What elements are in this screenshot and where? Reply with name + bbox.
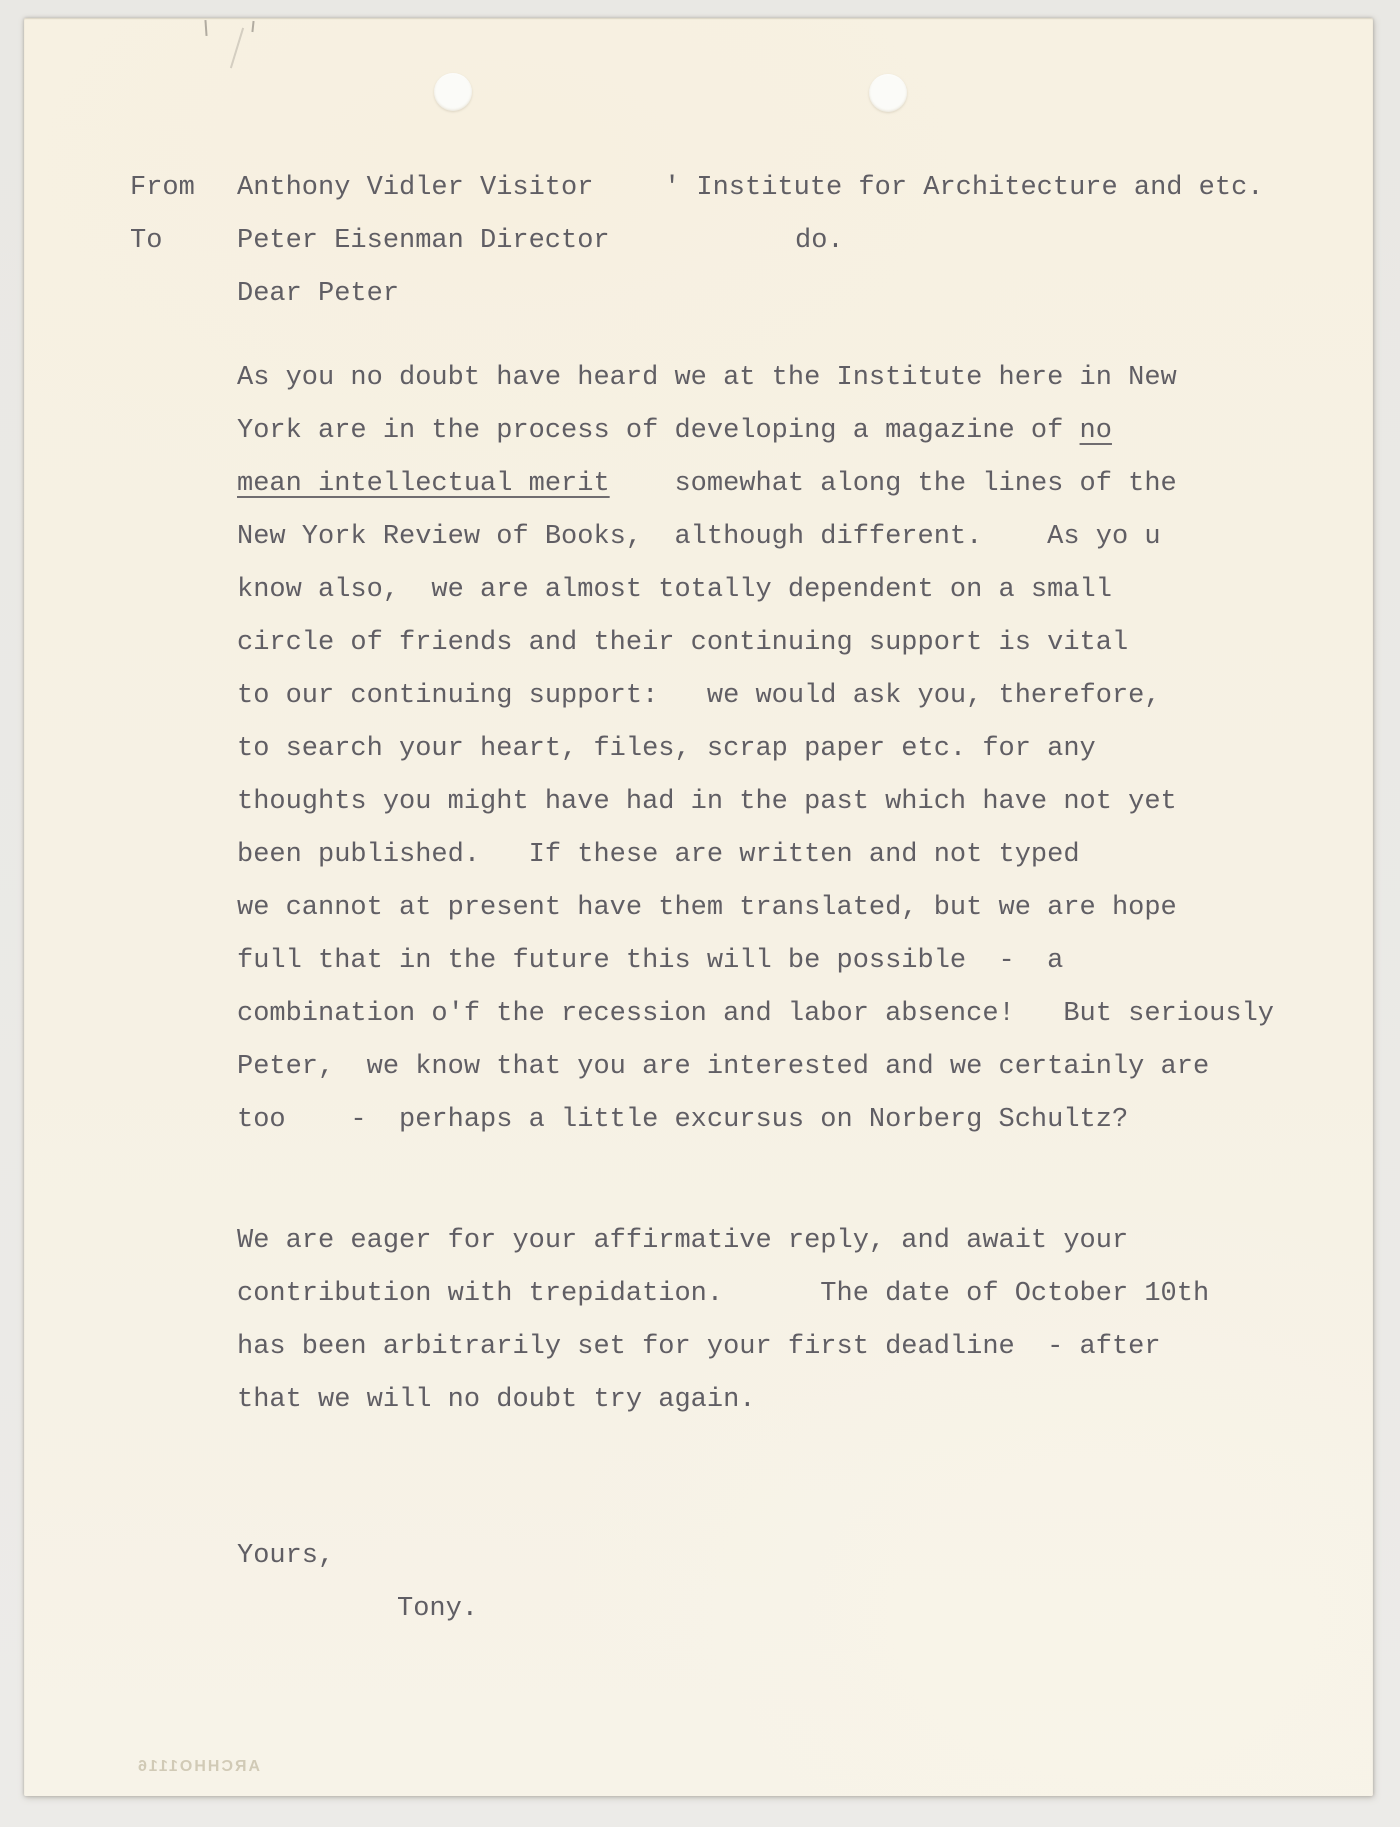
from-label: From bbox=[130, 162, 195, 215]
from-organization: ' Institute for Architecture and etc. bbox=[664, 162, 1264, 215]
letter-line: Peter, we know that you are interested a… bbox=[237, 1041, 1274, 1094]
punch-hole-left bbox=[434, 73, 472, 111]
letter-line: As you no doubt have heard we at the Ins… bbox=[237, 352, 1274, 405]
salutation: Dear Peter bbox=[237, 268, 399, 321]
text-segment: Peter, we know that you are interested a… bbox=[237, 1052, 1209, 1082]
text-segment: we cannot at present have them translate… bbox=[237, 893, 1177, 923]
text-segment: that we will no doubt try again. bbox=[237, 1385, 755, 1415]
text-segment: York are in the process of developing a … bbox=[237, 416, 1080, 446]
paragraph-2: We are eager for your affirmative reply,… bbox=[237, 1215, 1209, 1427]
from-title: Visitor bbox=[480, 162, 593, 215]
to-organization: do. bbox=[795, 215, 844, 268]
text-segment: too - perhaps a little excursus on Norbe… bbox=[237, 1105, 1128, 1135]
text-segment: We are eager for your affirmative reply,… bbox=[237, 1226, 1128, 1256]
letter-line: We are eager for your affirmative reply,… bbox=[237, 1215, 1209, 1268]
text-segment: somewhat along the lines of the bbox=[610, 469, 1177, 499]
text-segment: full that in the future this will be pos… bbox=[237, 946, 1063, 976]
to-label: To bbox=[130, 215, 162, 268]
letter-line: too - perhaps a little excursus on Norbe… bbox=[237, 1094, 1274, 1147]
text-segment: combination o'f the recession and labor … bbox=[237, 999, 1274, 1029]
text-segment: been published. If these are written and… bbox=[237, 840, 1080, 870]
letter-line: circle of friends and their continuing s… bbox=[237, 617, 1274, 670]
letter-line: New York Review of Books, although diffe… bbox=[237, 511, 1274, 564]
text-segment: know also, we are almost totally depende… bbox=[237, 575, 1112, 605]
underlined-text: no bbox=[1080, 416, 1112, 446]
valediction: Yours, bbox=[237, 1530, 334, 1583]
text-segment: As you no doubt have heard we at the Ins… bbox=[237, 363, 1177, 393]
letter-line: mean intellectual merit somewhat along t… bbox=[237, 458, 1274, 511]
text-segment: thoughts you might have had in the past … bbox=[237, 787, 1177, 817]
from-name: Anthony Vidler bbox=[237, 162, 464, 215]
text-segment: to search your heart, files, scrap paper… bbox=[237, 734, 1096, 764]
letter-line: full that in the future this will be pos… bbox=[237, 935, 1274, 988]
letter-line: contribution with trepidation. The date … bbox=[237, 1268, 1209, 1321]
text-segment: to our continuing support: we would ask … bbox=[237, 681, 1161, 711]
to-title: Director bbox=[480, 215, 610, 268]
letter-line: has been arbitrarily set for your first … bbox=[237, 1321, 1209, 1374]
letter-line: to our continuing support: we would ask … bbox=[237, 670, 1274, 723]
punch-hole-right bbox=[869, 74, 907, 112]
text-segment: has been arbitrarily set for your first … bbox=[237, 1332, 1161, 1362]
to-name: Peter Eisenman bbox=[237, 215, 464, 268]
letter-line: York are in the process of developing a … bbox=[237, 405, 1274, 458]
signature-name: Tony. bbox=[397, 1583, 478, 1636]
letter-line: know also, we are almost totally depende… bbox=[237, 564, 1274, 617]
staple-mark bbox=[251, 21, 254, 32]
letter-line: that we will no doubt try again. bbox=[237, 1374, 1209, 1427]
text-segment: contribution with trepidation. The date … bbox=[237, 1279, 1209, 1309]
underlined-text: mean intellectual merit bbox=[237, 469, 610, 499]
scratch-mark bbox=[230, 28, 244, 69]
closing-line: Yours, Tony. bbox=[237, 1477, 837, 1530]
letter-page: From Anthony Vidler Visitor ' Institute … bbox=[24, 18, 1373, 1796]
header-row-to: To Peter Eisenman Director do. bbox=[24, 215, 1373, 268]
staple-mark bbox=[204, 20, 207, 36]
archive-stamp-mirrored: ARCHHO1116 bbox=[136, 1758, 260, 1776]
letter-line: we cannot at present have them translate… bbox=[237, 882, 1274, 935]
letter-line: been published. If these are written and… bbox=[237, 829, 1274, 882]
paragraph-1: As you no doubt have heard we at the Ins… bbox=[237, 352, 1274, 1147]
text-segment: New York Review of Books, although diffe… bbox=[237, 522, 1161, 552]
text-segment: circle of friends and their continuing s… bbox=[237, 628, 1128, 658]
letter-line: to search your heart, files, scrap paper… bbox=[237, 723, 1274, 776]
letter-line: combination o'f the recession and labor … bbox=[237, 988, 1274, 1041]
letter-line: thoughts you might have had in the past … bbox=[237, 776, 1274, 829]
header-row-from: From Anthony Vidler Visitor ' Institute … bbox=[24, 162, 1373, 215]
